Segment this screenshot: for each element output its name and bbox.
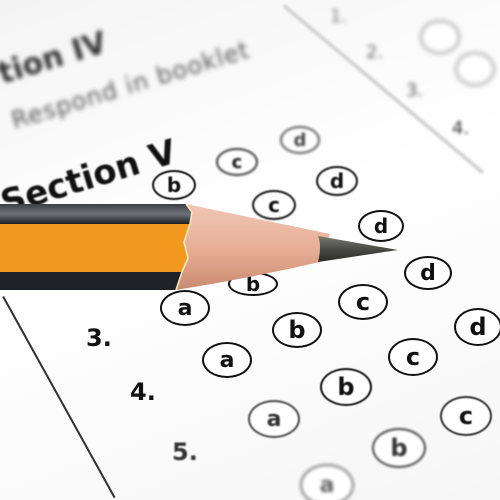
question-number: 4.	[452, 118, 469, 139]
question-number: 3.	[406, 80, 423, 101]
answer-bubble-d[interactable]: d	[404, 256, 452, 290]
question-number-4: 4.	[130, 378, 156, 406]
question-number-5: 5.	[172, 438, 198, 466]
answer-bubble-b[interactable]: b	[152, 170, 196, 200]
answer-bubble-a[interactable]: a	[248, 400, 300, 438]
answer-bubble-a[interactable]: a	[202, 342, 252, 378]
answer-bubble-b[interactable]: b	[372, 428, 426, 468]
answer-bubble-c[interactable]: c	[216, 148, 258, 176]
answer-bubble-a[interactable]: a	[300, 464, 354, 500]
answer-bubble-d[interactable]: d	[280, 126, 320, 154]
pencil-orange-body	[0, 224, 190, 272]
answer-bubble	[455, 52, 495, 86]
answer-bubble-b[interactable]: b	[272, 312, 322, 348]
photo-scene: 1. 2. 3. 4. tion IV Respond in booklet S…	[0, 0, 500, 500]
answer-bubble-c[interactable]: c	[388, 338, 438, 376]
answer-bubble-c[interactable]: c	[440, 396, 492, 436]
pencil-black-stripe-top	[0, 204, 192, 224]
pencil-black-stripe-bottom	[0, 272, 182, 290]
question-number-3: 3.	[86, 324, 112, 352]
pencil-graphite-tip	[318, 236, 398, 262]
answer-bubble-d[interactable]: d	[454, 308, 500, 346]
question-number: 2.	[366, 42, 383, 63]
answer-bubble-d[interactable]: d	[316, 166, 358, 196]
question-number: 1.	[330, 6, 347, 27]
pencil	[0, 198, 400, 294]
answer-bubble-a[interactable]: a	[160, 290, 210, 326]
answer-bubble-b[interactable]: b	[320, 368, 372, 406]
answer-bubble	[420, 20, 460, 54]
pencil-wood-cone	[176, 204, 330, 290]
